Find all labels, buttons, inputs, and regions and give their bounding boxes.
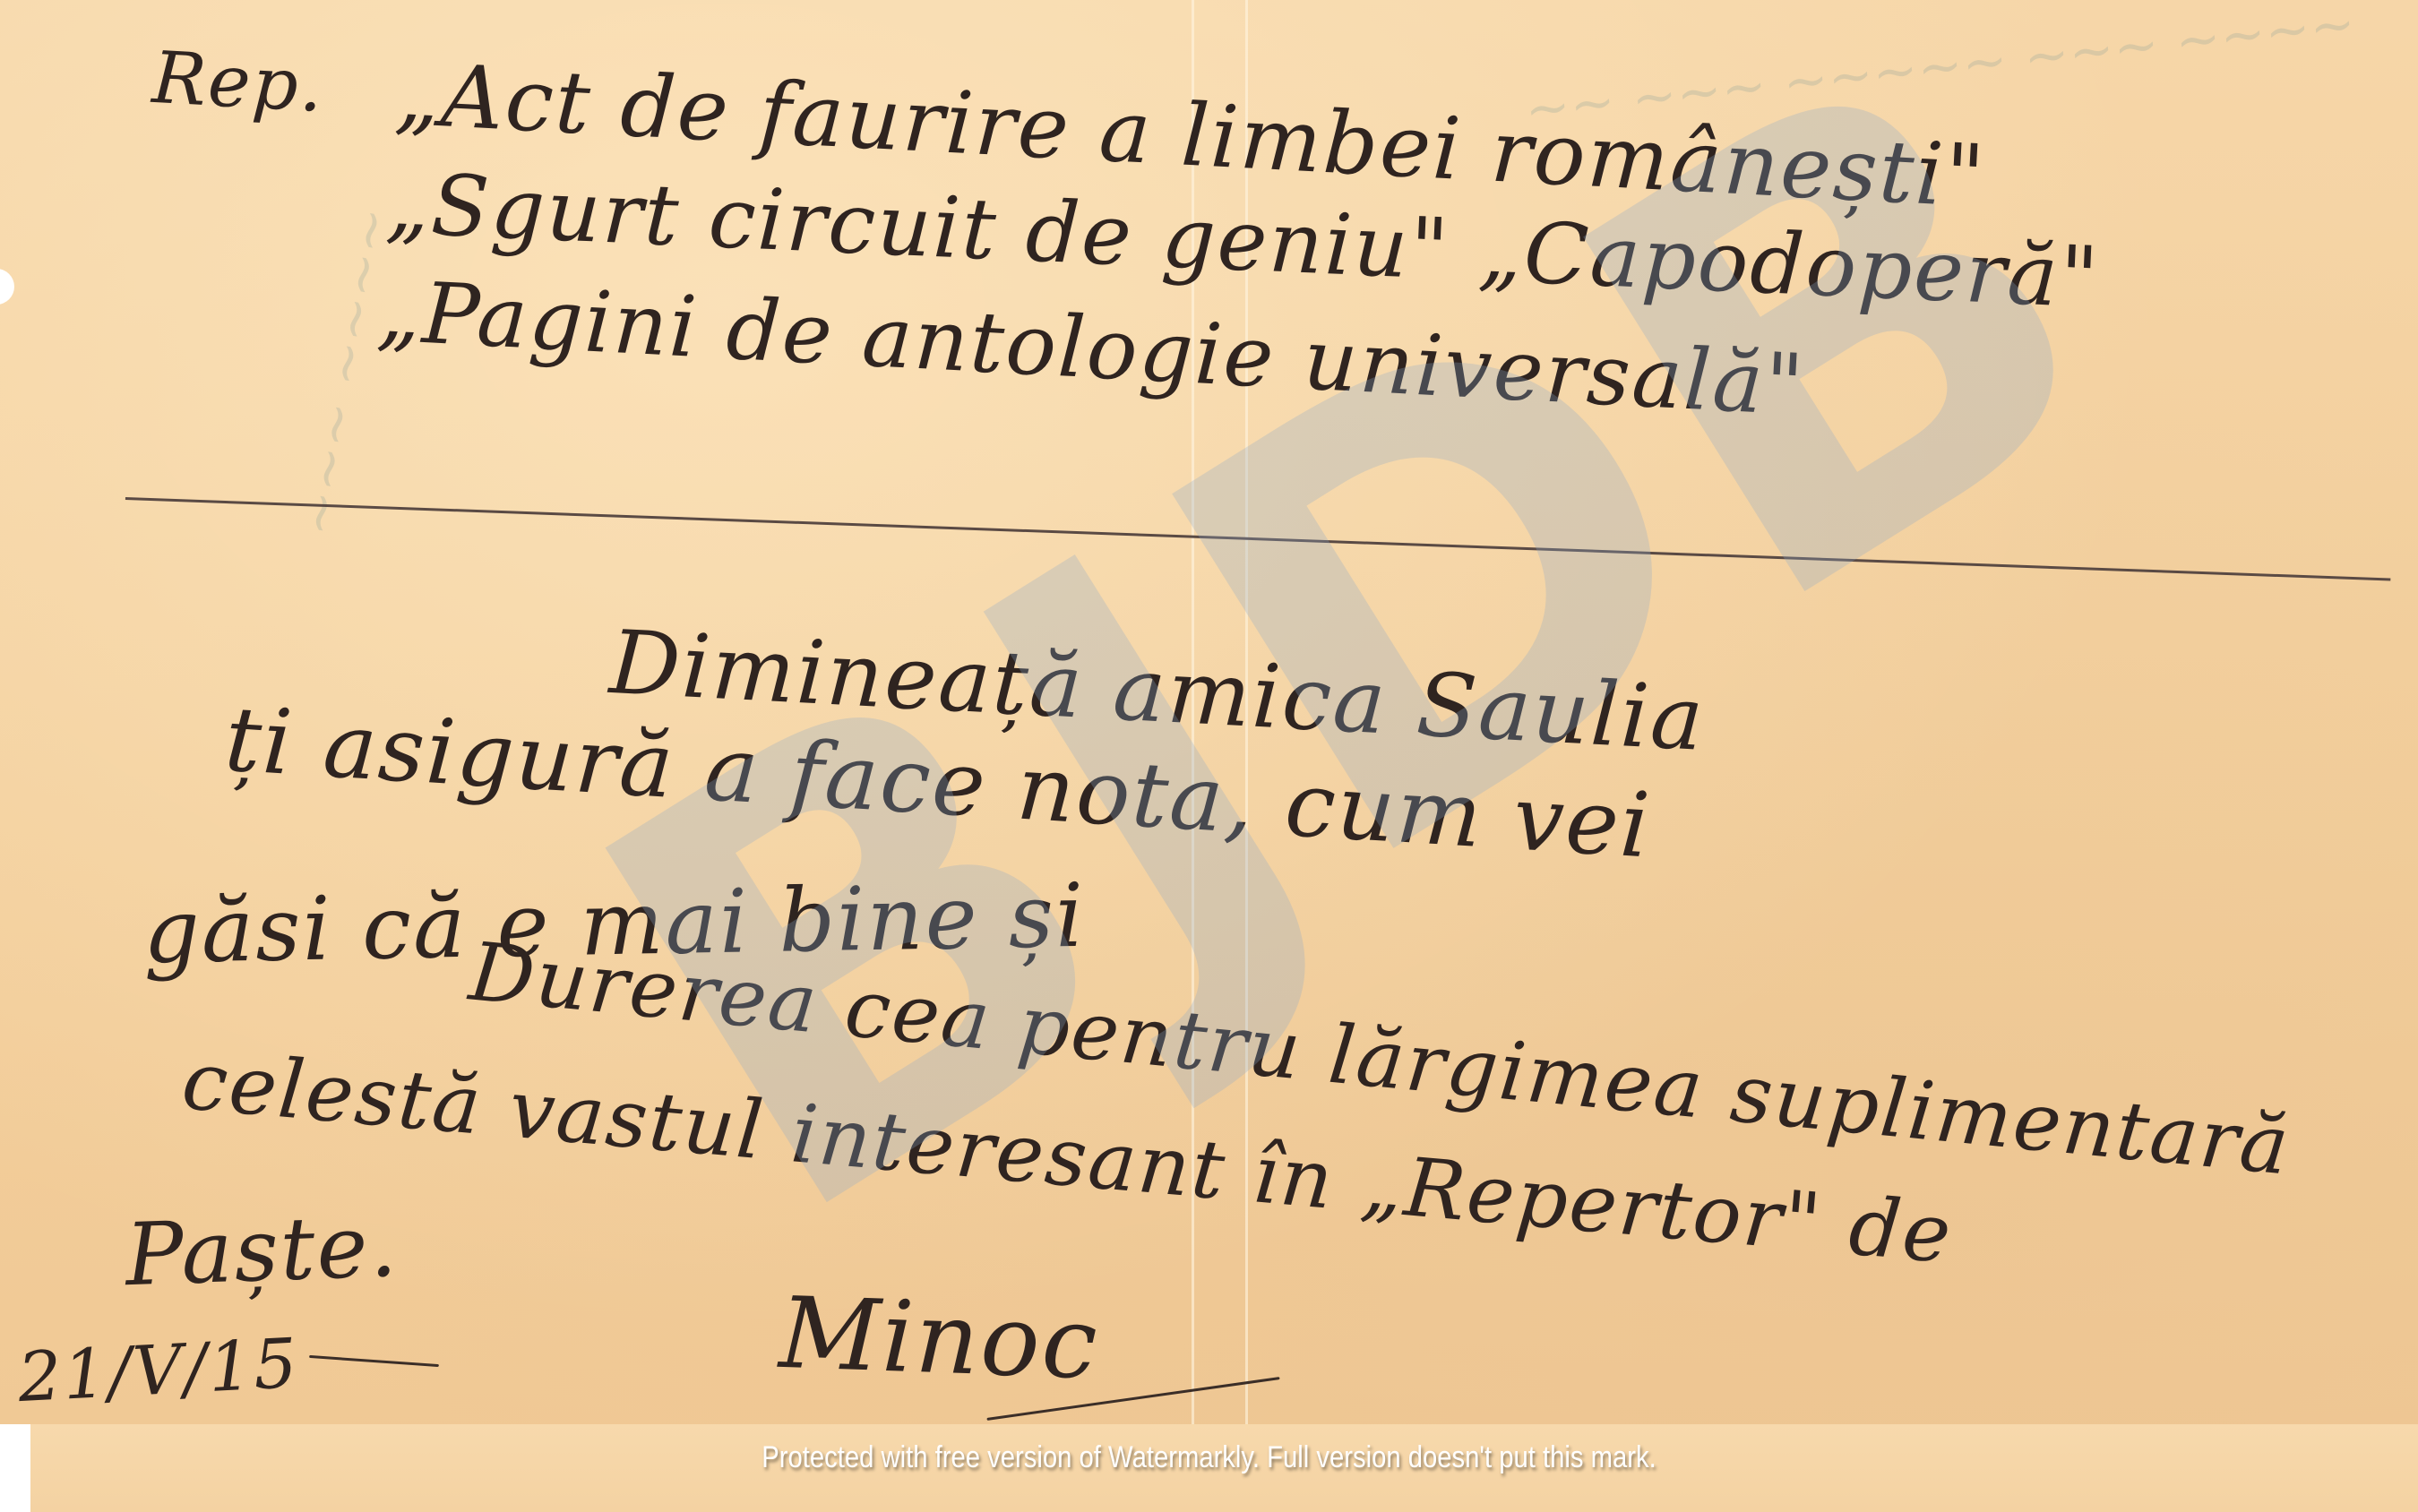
paper-edge-notch	[0, 269, 14, 305]
scanned-letter-page: ~~ ~~~ ~~~~~ ~~~ ~~~~ ~~~ ~~~~ ~~~~ ~~~~…	[0, 0, 2418, 1512]
letter-date: 21/V/15	[16, 1323, 301, 1417]
watermarkly-banner: Protected with free version of Watermark…	[169, 1440, 2249, 1475]
signature: Minoc	[778, 1276, 1101, 1401]
bleed-through-text: ~~~ ~~~~	[286, 202, 405, 541]
paper-missing-corner	[0, 1424, 30, 1512]
body-line-6: Paște.	[124, 1196, 400, 1306]
date-underline	[309, 1355, 439, 1367]
note-prefix: Rep.	[151, 36, 327, 128]
section-divider-line	[125, 497, 2390, 581]
